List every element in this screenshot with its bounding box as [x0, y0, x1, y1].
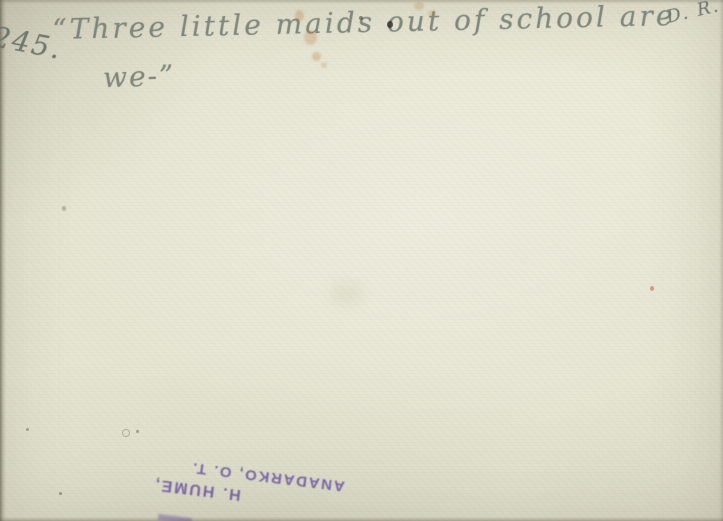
pencil-speck — [26, 428, 29, 431]
ink-speck — [387, 21, 393, 28]
ink-speck — [359, 16, 363, 20]
foxing-stain — [304, 30, 317, 45]
foxing-stain — [414, 2, 424, 10]
photo-verso-scan: { "verso": { "catalog_number": "245.", "… — [0, 0, 723, 521]
pencil-speck — [62, 206, 66, 211]
pencil-speck — [136, 430, 139, 433]
pencil-speck — [59, 492, 62, 495]
foxing-stain — [428, 10, 436, 18]
faint-smudge — [330, 282, 364, 304]
foxing-stain — [312, 52, 321, 61]
foxing-stain — [321, 62, 327, 68]
red-speck — [650, 286, 654, 291]
pencil-mark — [122, 429, 130, 437]
foxing-stain — [295, 10, 304, 21]
handwritten-caption-line2: we-” — [102, 59, 175, 95]
